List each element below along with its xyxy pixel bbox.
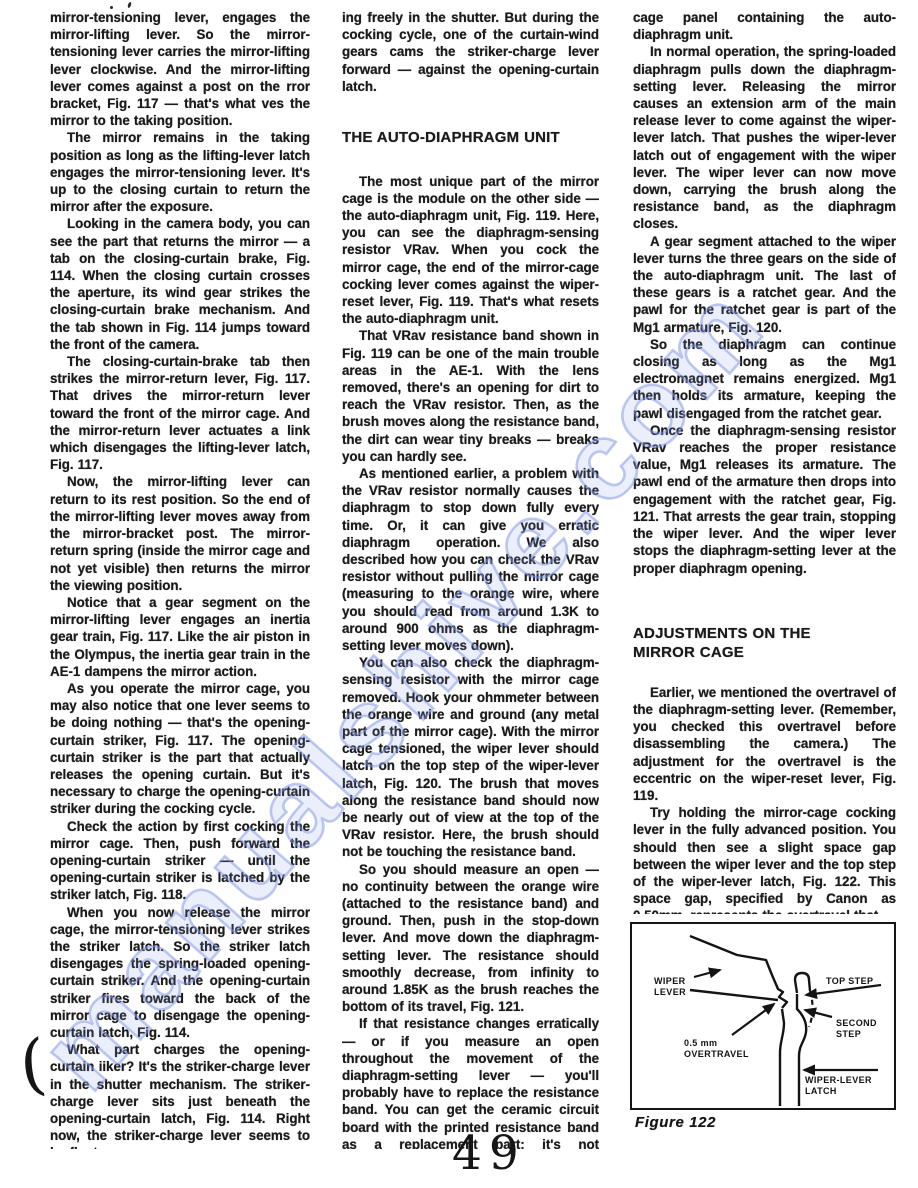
wiper-lever-latch-label: LATCH [805, 1086, 837, 1096]
wiper-lever-arrow [694, 970, 720, 977]
text-column-3: cage panel containing the auto-diaphragm… [633, 9, 896, 914]
paragraph: ing freely in the shutter. But during th… [342, 9, 599, 95]
overtravel-label: 0.5 mm [684, 1038, 717, 1048]
overtravel-label: OVERTRAVEL [684, 1049, 749, 1059]
paragraph: As mentioned earlier, a problem with the… [342, 465, 599, 654]
paragraph: So the diaphragm can continue closing as… [633, 336, 896, 422]
heading-line: ADJUSTMENTS ON THE [633, 624, 896, 644]
overtravel-arrow [732, 1004, 774, 1035]
top-step-label: TOP STEP [826, 976, 873, 986]
paragraph: You can also check the diaphragm-sensing… [342, 654, 599, 860]
wiper-lever-lower-edge [690, 990, 778, 1000]
top-step-arrow [806, 985, 881, 995]
paragraph: Try holding the mirror-cage cocking leve… [633, 804, 896, 914]
latch-hook-shape [795, 973, 810, 993]
paragraph: What part charges the opening-curtain ii… [50, 1041, 310, 1149]
second-step-arrow [805, 1010, 832, 1017]
heading-line: MIRROR CAGE [633, 643, 896, 663]
scan-speck [127, 2, 132, 9]
latch-body-left [780, 1009, 784, 1106]
scanned-manual-page: mirror-tensioning lever, engages the mir… [0, 0, 918, 1188]
paragraph: Earlier, we mentioned the overtravel of … [633, 684, 896, 804]
paragraph: When you now release the mirror cage, th… [50, 904, 310, 1042]
paragraph: In normal operation, the spring-loaded d… [633, 43, 896, 232]
paragraph: Once the diaphragm-sensing resistor VRav… [633, 422, 896, 577]
paragraph: cage panel containing the auto-diaphragm… [633, 9, 896, 43]
paragraph: Now, the mirror-lifting lever can return… [50, 473, 310, 593]
second-step-label: SECOND [836, 1018, 877, 1028]
paragraph: A gear segment attached to the wiper lev… [633, 233, 896, 336]
paragraph: As you operate the mirror cage, you may … [50, 680, 310, 818]
wiper-lever-latch-label: WIPER-LEVER [805, 1075, 872, 1085]
page-number: 49 [452, 1130, 526, 1177]
second-step-label: STEP [836, 1029, 861, 1039]
wiper-lever-label: WIPER [654, 976, 686, 986]
paragraph: Notice that a gear segment on the mirror… [50, 594, 310, 680]
paragraph: That VRav resistance band shown in Fig. … [342, 327, 599, 465]
text-column-2: ing freely in the shutter. But during th… [342, 9, 599, 1149]
paragraph: Looking in the camera body, you can see … [50, 215, 310, 353]
paragraph: The most unique part of the mirror cage … [342, 173, 599, 328]
paragraph: The closing-curtain-brake tab then strik… [50, 353, 310, 473]
latch-dashed-edge [809, 991, 813, 1027]
section-heading-adjustments-mirror-cage: ADJUSTMENTS ON THE MIRROR CAGE [633, 624, 896, 663]
figure-122-caption: Figure 122 [635, 1114, 716, 1131]
paragraph: mirror-tensioning lever, engages the mir… [50, 9, 310, 129]
pen-mark-artifact: ( [17, 1031, 50, 1099]
paragraph: The mirror remains in the taking positio… [50, 129, 310, 215]
section-heading-auto-diaphragm-unit: THE AUTO-DIAPHRAGM UNIT [342, 128, 599, 148]
text-column-1: mirror-tensioning lever, engages the mir… [50, 9, 310, 1149]
figure-122-drawing: WIPER LEVER TOP STEP SECOND STEP 0.5 mm … [632, 924, 894, 1108]
wiper-lever-label: LEVER [654, 987, 686, 997]
wiper-lever-shape [690, 936, 787, 1008]
paragraph: So you should measure an open — no conti… [342, 861, 599, 1016]
paragraph: Check the action by first cocking the mi… [50, 818, 310, 904]
figure-122-diagram: WIPER LEVER TOP STEP SECOND STEP 0.5 mm … [630, 922, 896, 1110]
